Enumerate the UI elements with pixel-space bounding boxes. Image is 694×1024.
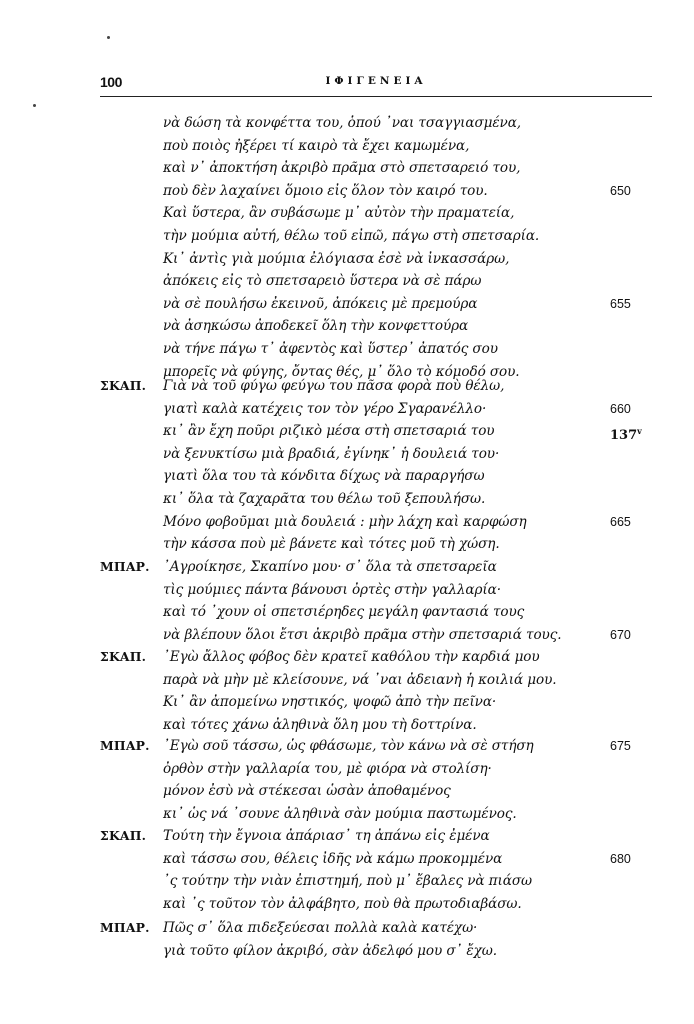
verse-text: καὶ τότες χάνω ἀληθινὰ ὅλη μου τὴ δοττρί… (163, 714, 477, 737)
verse-text: Κι᾿ ἀντὶς γιὰ μούμια ἐλόγιασα ἐσὲ νὰ ἰνκ… (163, 248, 509, 271)
scan-speck (33, 104, 36, 107)
verse-text: μόνον ἐσὺ νὰ στέκεσαι ὡσὰν ἀποθαμένος (163, 780, 451, 803)
verse-text: ᾿ς τούτην τὴν νιὰν ἐπιστημή, ποὺ μ᾿ ἔβαλ… (163, 870, 532, 893)
verse-line: μόνον ἐσὺ νὰ στέκεσαι ὡσὰν ἀποθαμένος (100, 780, 660, 803)
verse-text: τὴν μούμια αὐτή, θέλω τοῦ εἰπῶ, πάγω στὴ… (163, 225, 539, 248)
line-number: 650 (610, 180, 631, 203)
verse-line: καὶ ᾿ς τοῦτον τὸν ἀλφάβητο, ποὺ θὰ πρωτο… (100, 893, 660, 916)
verse-line: γιατὶ ὅλα του τὰ κόνδιτα δίχως νὰ παραργ… (100, 465, 660, 488)
verse-line: νὰ δώση τὰ κονφέττα του, ὁπού ᾿ναι τσαγγ… (100, 112, 660, 135)
verse-text: τὴν κάσσα ποὺ μὲ βάνετε καὶ τότες μοῦ τὴ… (163, 533, 500, 556)
verse-text: κι᾿ ὅλα τὰ ζαχαρᾶτα του θέλω τοῦ ξεπουλή… (163, 488, 485, 511)
speaker-label: ΣΚΑΠ. (100, 646, 146, 669)
verse-line: ΣΚΑΠ.Τούτη τὴν ἔγνοια ἀπάριασ᾿ τη ἀπάνω … (100, 825, 660, 848)
verse-text: γιατὶ ὅλα του τὰ κόνδιτα δίχως νὰ παραργ… (163, 465, 484, 488)
verse-text: Καὶ ὕστερα, ἂν συβάσωμε μ᾿ αὐτὸν τὴν πρα… (163, 202, 514, 225)
verse-line: καὶ τό ᾿χουν οἱ σπετσιέρηδες μεγάλη φαντ… (100, 601, 660, 624)
speech-block: νὰ δώση τὰ κονφέττα του, ὁπού ᾿ναι τσαγγ… (100, 112, 660, 383)
verse-line: νὰ σὲ πουλήσω ἐκεινοῦ, ἀπόκεις μὲ πρεμού… (100, 293, 660, 316)
verse-text: ποὺ ποιὸς ἠξέρει τί καιρὸ τὰ ἔχει καμωμέ… (163, 135, 469, 158)
verse-line: κι᾿ ὡς νά ᾿σουνε ἀληθινὰ σὰν μούμια παστ… (100, 803, 660, 826)
verse-text: νὰ δώση τὰ κονφέττα του, ὁπού ᾿ναι τσαγγ… (163, 112, 521, 135)
verse-text: ἀπόκεις εἰς τὸ σπετσαρειὸ ὕστερα νὰ σὲ π… (163, 270, 481, 293)
speech-block: ΜΠΑΡ.᾿Εγὼ σοῦ τάσσω, ὡς φθάσωμε, τὸν κάν… (100, 735, 660, 825)
verse-text: καὶ ν᾿ ἀποκτήση ἀκριβὸ πρᾶμα στὸ σπετσαρ… (163, 157, 520, 180)
line-number: 655 (610, 293, 631, 316)
verse-line: τὴν κάσσα ποὺ μὲ βάνετε καὶ τότες μοῦ τὴ… (100, 533, 660, 556)
verse-text: Γιὰ νὰ τοῦ φύγω φεύγω του πᾶσα φορὰ ποὺ … (163, 375, 504, 398)
verse-text: Πῶς σ᾿ ὅλα πιδεξεύεσαι πολλὰ καλὰ κατέχω… (163, 917, 477, 940)
running-header: 100 ΙΦΙΓΕΝΕΙΑ (100, 74, 652, 97)
verse-text: Τούτη τὴν ἔγνοια ἀπάριασ᾿ τη ἀπάνω εἰς ἐ… (163, 825, 490, 848)
verse-text: κι᾿ ἂν ἔχη ποῦρι ριζικὸ μέσα στὴ σπετσαρ… (163, 420, 494, 443)
verse-text: ὀρθὸν στὴν γαλλαρία του, μὲ φιόρα νὰ στο… (163, 758, 492, 781)
verse-line: καὶ τότες χάνω ἀληθινὰ ὅλη μου τὴ δοττρί… (100, 714, 660, 737)
verse-line: γιατὶ καλὰ κατέχεις τον τὸν γέρο Σγαρανέ… (100, 398, 660, 421)
verse-line: ᾿ς τούτην τὴν νιὰν ἐπιστημή, ποὺ μ᾿ ἔβαλ… (100, 870, 660, 893)
verse-line: Κι᾿ ἀντὶς γιὰ μούμια ἐλόγιασα ἐσὲ νὰ ἰνκ… (100, 248, 660, 271)
verse-line: ΜΠΑΡ.᾿Εγὼ σοῦ τάσσω, ὡς φθάσωμε, τὸν κάν… (100, 735, 660, 758)
speech-block: ΣΚΑΠ.᾿Εγὼ ἄλλος φόβος δὲν κρατεῖ καθόλου… (100, 646, 660, 736)
verse-text: νὰ βλέπουν ὅλοι ἔτσι ἀκριβὸ πρᾶμα στὴν σ… (163, 624, 561, 647)
verse-line: τὶς μούμιες πάντα βάνουσι ὀρτὲς στὴν γαλ… (100, 579, 660, 602)
line-number: 680 (610, 848, 631, 871)
verse-text: γιὰ τοῦτο φίλον ἀκριβό, σὰν ἀδελφό μου σ… (163, 940, 497, 963)
verse-text: ᾿Εγὼ σοῦ τάσσω, ὡς φθάσωμε, τὸν κάνω νὰ … (163, 735, 534, 758)
verse-line: ὀρθὸν στὴν γαλλαρία του, μὲ φιόρα νὰ στο… (100, 758, 660, 781)
speech-block: ΣΚΑΠ.Γιὰ νὰ τοῦ φύγω φεύγω του πᾶσα φορὰ… (100, 375, 660, 556)
verse-text: Μόνο φοβοῦμαι μιὰ δουλειά : μὴν λάχη καὶ… (163, 511, 527, 534)
speaker-label: ΣΚΑΠ. (100, 825, 146, 848)
line-number: 675 (610, 735, 631, 758)
verse-text: νὰ ξενυκτίσω μιὰ βραδιά, ἐγίνηκ᾿ ἡ δουλε… (163, 443, 499, 466)
book-page: 100 ΙΦΙΓΕΝΕΙΑ νὰ δώση τὰ κονφέττα του, ὁ… (0, 0, 694, 1024)
verse-text: νὰ τήνε πάγω τ᾿ ἀφεντὸς καὶ ὕστερ᾿ ἀπατό… (163, 338, 498, 361)
folio-side: v (637, 426, 642, 436)
verse-line: νὰ βλέπουν ὅλοι ἔτσι ἀκριβὸ πρᾶμα στὴν σ… (100, 624, 660, 647)
speaker-label: ΜΠΑΡ. (100, 917, 150, 940)
line-number: 660 (610, 398, 631, 421)
verse-line: ποὺ ποιὸς ἠξέρει τί καιρὸ τὰ ἔχει καμωμέ… (100, 135, 660, 158)
verse-text: ποὺ δὲν λαχαίνει ὅμοιο εἰς ὅλον τὸν καιρ… (163, 180, 488, 203)
speaker-label: ΜΠΑΡ. (100, 735, 150, 758)
verse-text: ᾿Εγὼ ἄλλος φόβος δὲν κρατεῖ καθόλου τὴν … (163, 646, 540, 669)
verse-text: καὶ τό ᾿χουν οἱ σπετσιέρηδες μεγάλη φαντ… (163, 601, 524, 624)
verse-line: κι᾿ ἂν ἔχη ποῦρι ριζικὸ μέσα στὴ σπετσαρ… (100, 420, 660, 443)
verse-line: τὴν μούμια αὐτή, θέλω τοῦ εἰπῶ, πάγω στὴ… (100, 225, 660, 248)
verse-line: κι᾿ ὅλα τὰ ζαχαρᾶτα του θέλω τοῦ ξεπουλή… (100, 488, 660, 511)
verse-text: νὰ σὲ πουλήσω ἐκεινοῦ, ἀπόκεις μὲ πρεμού… (163, 293, 477, 316)
verse-line: καὶ τάσσω σου, θέλεις ἰδῆς νὰ κάμω προκο… (100, 848, 660, 871)
verse-line: νὰ τήνε πάγω τ᾿ ἀφεντὸς καὶ ὕστερ᾿ ἀπατό… (100, 338, 660, 361)
speech-block: ΣΚΑΠ.Τούτη τὴν ἔγνοια ἀπάριασ᾿ τη ἀπάνω … (100, 825, 660, 915)
line-number: 670 (610, 624, 631, 647)
verse-text: παρὰ νὰ μὴν μὲ κλείσουνε, νά ᾿ναι ἀδειαν… (163, 669, 556, 692)
verse-text: νὰ ἀσηκώσω ἀποδεκεῖ ὅλη τὴν κονφεττούρα (163, 315, 468, 338)
verse-line: νὰ ἀσηκώσω ἀποδεκεῖ ὅλη τὴν κονφεττούρα (100, 315, 660, 338)
speech-block: ΜΠΑΡ.Πῶς σ᾿ ὅλα πιδεξεύεσαι πολλὰ καλὰ κ… (100, 917, 660, 962)
verse-text: καὶ τάσσω σου, θέλεις ἰδῆς νὰ κάμω προκο… (163, 848, 502, 871)
verse-text: Κι᾿ ἂν ἀπομείνω νηστικός, ψοφῶ ἀπὸ τὴν π… (163, 691, 496, 714)
verse-line: νὰ ξενυκτίσω μιὰ βραδιά, ἐγίνηκ᾿ ἡ δουλε… (100, 443, 660, 466)
verse-line: ΜΠΑΡ.Πῶς σ᾿ ὅλα πιδεξεύεσαι πολλὰ καλὰ κ… (100, 917, 660, 940)
verse-line: καὶ ν᾿ ἀποκτήση ἀκριβὸ πρᾶμα στὸ σπετσαρ… (100, 157, 660, 180)
folio-number: 137 (610, 428, 637, 443)
verse-text: ᾿Αγροίκησε, Σκαπίνο μου· σ᾿ ὅλα τὰ σπετσ… (163, 556, 497, 579)
speaker-label: ΜΠΑΡ. (100, 556, 150, 579)
verse-line: ΜΠΑΡ.᾿Αγροίκησε, Σκαπίνο μου· σ᾿ ὅλα τὰ … (100, 556, 660, 579)
verse-line: ἀπόκεις εἰς τὸ σπετσαρειὸ ὕστερα νὰ σὲ π… (100, 270, 660, 293)
line-number: 665 (610, 511, 631, 534)
verse-line: γιὰ τοῦτο φίλον ἀκριβό, σὰν ἀδελφό μου σ… (100, 940, 660, 963)
verse-line: ποὺ δὲν λαχαίνει ὅμοιο εἰς ὅλον τὸν καιρ… (100, 180, 660, 203)
speaker-label: ΣΚΑΠ. (100, 375, 146, 398)
verse-line: Κι᾿ ἂν ἀπομείνω νηστικός, ψοφῶ ἀπὸ τὴν π… (100, 691, 660, 714)
verse-line: ΣΚΑΠ.Γιὰ νὰ τοῦ φύγω φεύγω του πᾶσα φορὰ… (100, 375, 660, 398)
scan-speck (107, 36, 110, 39)
running-title: ΙΦΙΓΕΝΕΙΑ (100, 75, 652, 87)
verse-text: τὶς μούμιες πάντα βάνουσι ὀρτὲς στὴν γαλ… (163, 579, 501, 602)
verse-line: Μόνο φοβοῦμαι μιὰ δουλειά : μὴν λάχη καὶ… (100, 511, 660, 534)
speech-block: ΜΠΑΡ.᾿Αγροίκησε, Σκαπίνο μου· σ᾿ ὅλα τὰ … (100, 556, 660, 646)
verse-line: Καὶ ὕστερα, ἂν συβάσωμε μ᾿ αὐτὸν τὴν πρα… (100, 202, 660, 225)
verse-line: παρὰ νὰ μὴν μὲ κλείσουνε, νά ᾿ναι ἀδειαν… (100, 669, 660, 692)
verse-text: γιατὶ καλὰ κατέχεις τον τὸν γέρο Σγαρανέ… (163, 398, 486, 421)
verse-text: καὶ ᾿ς τοῦτον τὸν ἀλφάβητο, ποὺ θὰ πρωτο… (163, 893, 522, 916)
verse-line: ΣΚΑΠ.᾿Εγὼ ἄλλος φόβος δὲν κρατεῖ καθόλου… (100, 646, 660, 669)
verse-text: κι᾿ ὡς νά ᾿σουνε ἀληθινὰ σὰν μούμια παστ… (163, 803, 517, 826)
